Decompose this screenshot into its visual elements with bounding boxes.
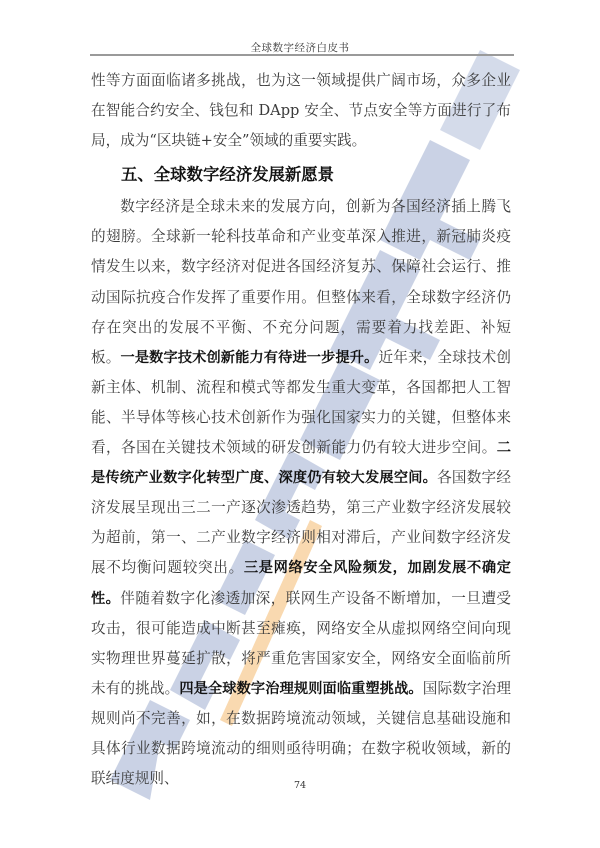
header-divider bbox=[90, 54, 514, 56]
text-run: 数字经济是全球未来的发展方向，创新为各国经济插上腾飞的翅膀。全球新一轮科技革命和… bbox=[91, 198, 511, 365]
bold-point-4: 四是全球数字治理规则面临重塑挑战。 bbox=[179, 681, 422, 697]
bold-point-1: 一是数字技术创新能力有待进一步提升。 bbox=[120, 350, 378, 366]
document-page: 全球数字经济白皮书 性等方面面临诸多挑战，也为这一领域提供广阔市场，众多企业在智… bbox=[0, 0, 600, 848]
body-text: 性等方面面临诸多挑战，也为这一领域提供广阔市场，众多企业在智能合约安全、钱包和 … bbox=[91, 66, 511, 794]
paragraph-continued: 性等方面面临诸多挑战，也为这一领域提供广阔市场，众多企业在智能合约安全、钱包和 … bbox=[91, 66, 511, 156]
running-header: 全球数字经济白皮书 bbox=[0, 40, 600, 55]
section-heading: 五、全球数字经济发展新愿景 bbox=[91, 158, 511, 192]
page-number: 74 bbox=[0, 780, 600, 791]
paragraph-main: 数字经济是全球未来的发展方向，创新为各国经济插上腾飞的翅膀。全球新一轮科技革命和… bbox=[91, 192, 511, 794]
